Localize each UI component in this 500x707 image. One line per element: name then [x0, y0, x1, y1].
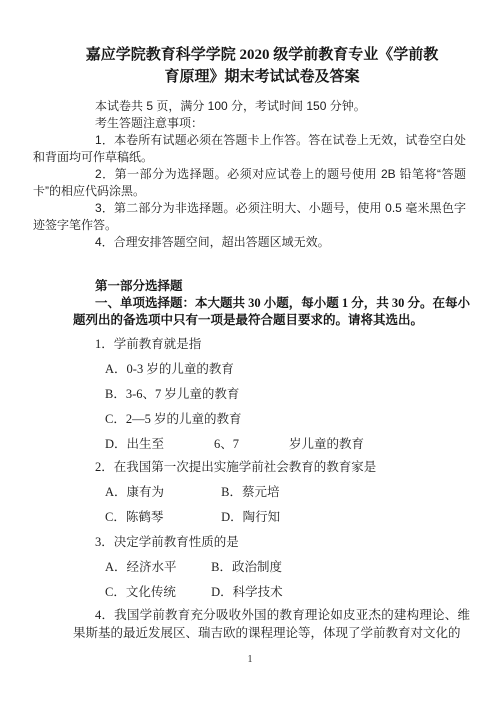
question-2-stem: 2．在我国第一次提出实施学前社会教育的教育家是	[73, 458, 470, 476]
exam-title: 嘉应学院教育科学学院 2020 级学前教育专业《学前教 育原理》期末考试试卷及答…	[0, 0, 500, 88]
question-3-option-b: B．政治制度	[211, 560, 282, 574]
question-1-stem: 1．学前教育就是指	[73, 335, 470, 353]
question-1-option-a: A．0-3 岁的儿童的教育	[105, 360, 470, 378]
question-4-stem: 4．我国学前教育充分吸收外国的教育理论如皮亚杰的建构理论、维果斯基的最近发展区、…	[73, 606, 470, 642]
notice-heading: 考生答题注意事项：	[33, 115, 466, 132]
notice-item-2: 2．第一部分为选择题。必须对应试卷上的题号使用 2B 铅笔将“答题卡”的相应代码…	[33, 166, 466, 200]
question-1-option-b: B．3-6、7 岁儿童的教育	[105, 385, 470, 403]
question-3-option-a: A．经济水平	[105, 558, 208, 576]
page-footer: 1	[0, 654, 500, 665]
notice-summary: 本试卷共 5 页，满分 100 分，考试时间 150 分钟。	[33, 98, 466, 115]
question-3-stem: 3．决定学前教育性质的是	[73, 533, 470, 551]
page-number: 1	[248, 654, 253, 665]
question-1: 1．学前教育就是指 A．0-3 岁的儿童的教育 B．3-6、7 岁儿童的教育 C…	[0, 335, 500, 453]
question-2-option-d: D．陶行知	[221, 510, 280, 524]
question-3-option-c: C．文化传统	[105, 583, 208, 601]
question-1-option-c: C．2—5 岁的儿童的教育	[105, 410, 470, 428]
part-one-section: 第一部分选择题 一、单项选择题：本大题共 30 小题，每小题 1 分，共 30 …	[0, 278, 500, 642]
question-2-option-a: A．康有为	[105, 483, 218, 501]
question-4: 4．我国学前教育充分吸收外国的教育理论如皮亚杰的建构理论、维果斯基的最近发展区、…	[0, 606, 500, 642]
part-one-heading: 第一部分选择题	[95, 278, 500, 295]
exam-title-line-2: 育原理》期末考试试卷及答案	[24, 66, 500, 88]
question-1-option-d: D．出生至 6、7 岁儿童的教育	[105, 435, 470, 453]
option-row: C．文化传统 D．科学技术	[105, 583, 470, 601]
notice-item-3: 3．第二部分为非选择题。必须注明大、小题号，使用 0.5 毫米黑色字迹签字笔作答…	[33, 200, 466, 234]
question-3: 3．决定学前教育性质的是 A．经济水平 B．政治制度 C．文化传统 D．科学技术	[0, 533, 500, 601]
single-choice-intro: 一、单项选择题：本大题共 30 小题，每小题 1 分，共 30 分。在每小题列出…	[73, 295, 470, 329]
question-2-option-b: B．蔡元培	[221, 485, 279, 499]
question-3-option-d: D．科学技术	[211, 585, 283, 599]
exam-title-line-1: 嘉应学院教育科学学院 2020 级学前教育专业《学前教	[24, 44, 500, 66]
question-2-option-c: C．陈鹤琴	[105, 508, 218, 526]
notice-item-1: 1．本卷所有试题必须在答题卡上作答。答在试卷上无效，试卷空白处和背面均可作草稿纸…	[33, 132, 466, 166]
question-2: 2．在我国第一次提出实施学前社会教育的教育家是 A．康有为 B．蔡元培 C．陈鹤…	[0, 458, 500, 526]
notice-item-4: 4．合理安排答题空间，超出答题区域无效。	[33, 234, 466, 251]
option-row: C．陈鹤琴 D．陶行知	[105, 508, 470, 526]
option-row: A．经济水平 B．政治制度	[105, 558, 470, 576]
option-row: A．康有为 B．蔡元培	[105, 483, 470, 501]
notice-section: 本试卷共 5 页，满分 100 分，考试时间 150 分钟。 考生答题注意事项：…	[33, 98, 466, 251]
exam-page: 嘉应学院教育科学学院 2020 级学前教育专业《学前教 育原理》期末考试试卷及答…	[0, 0, 500, 707]
